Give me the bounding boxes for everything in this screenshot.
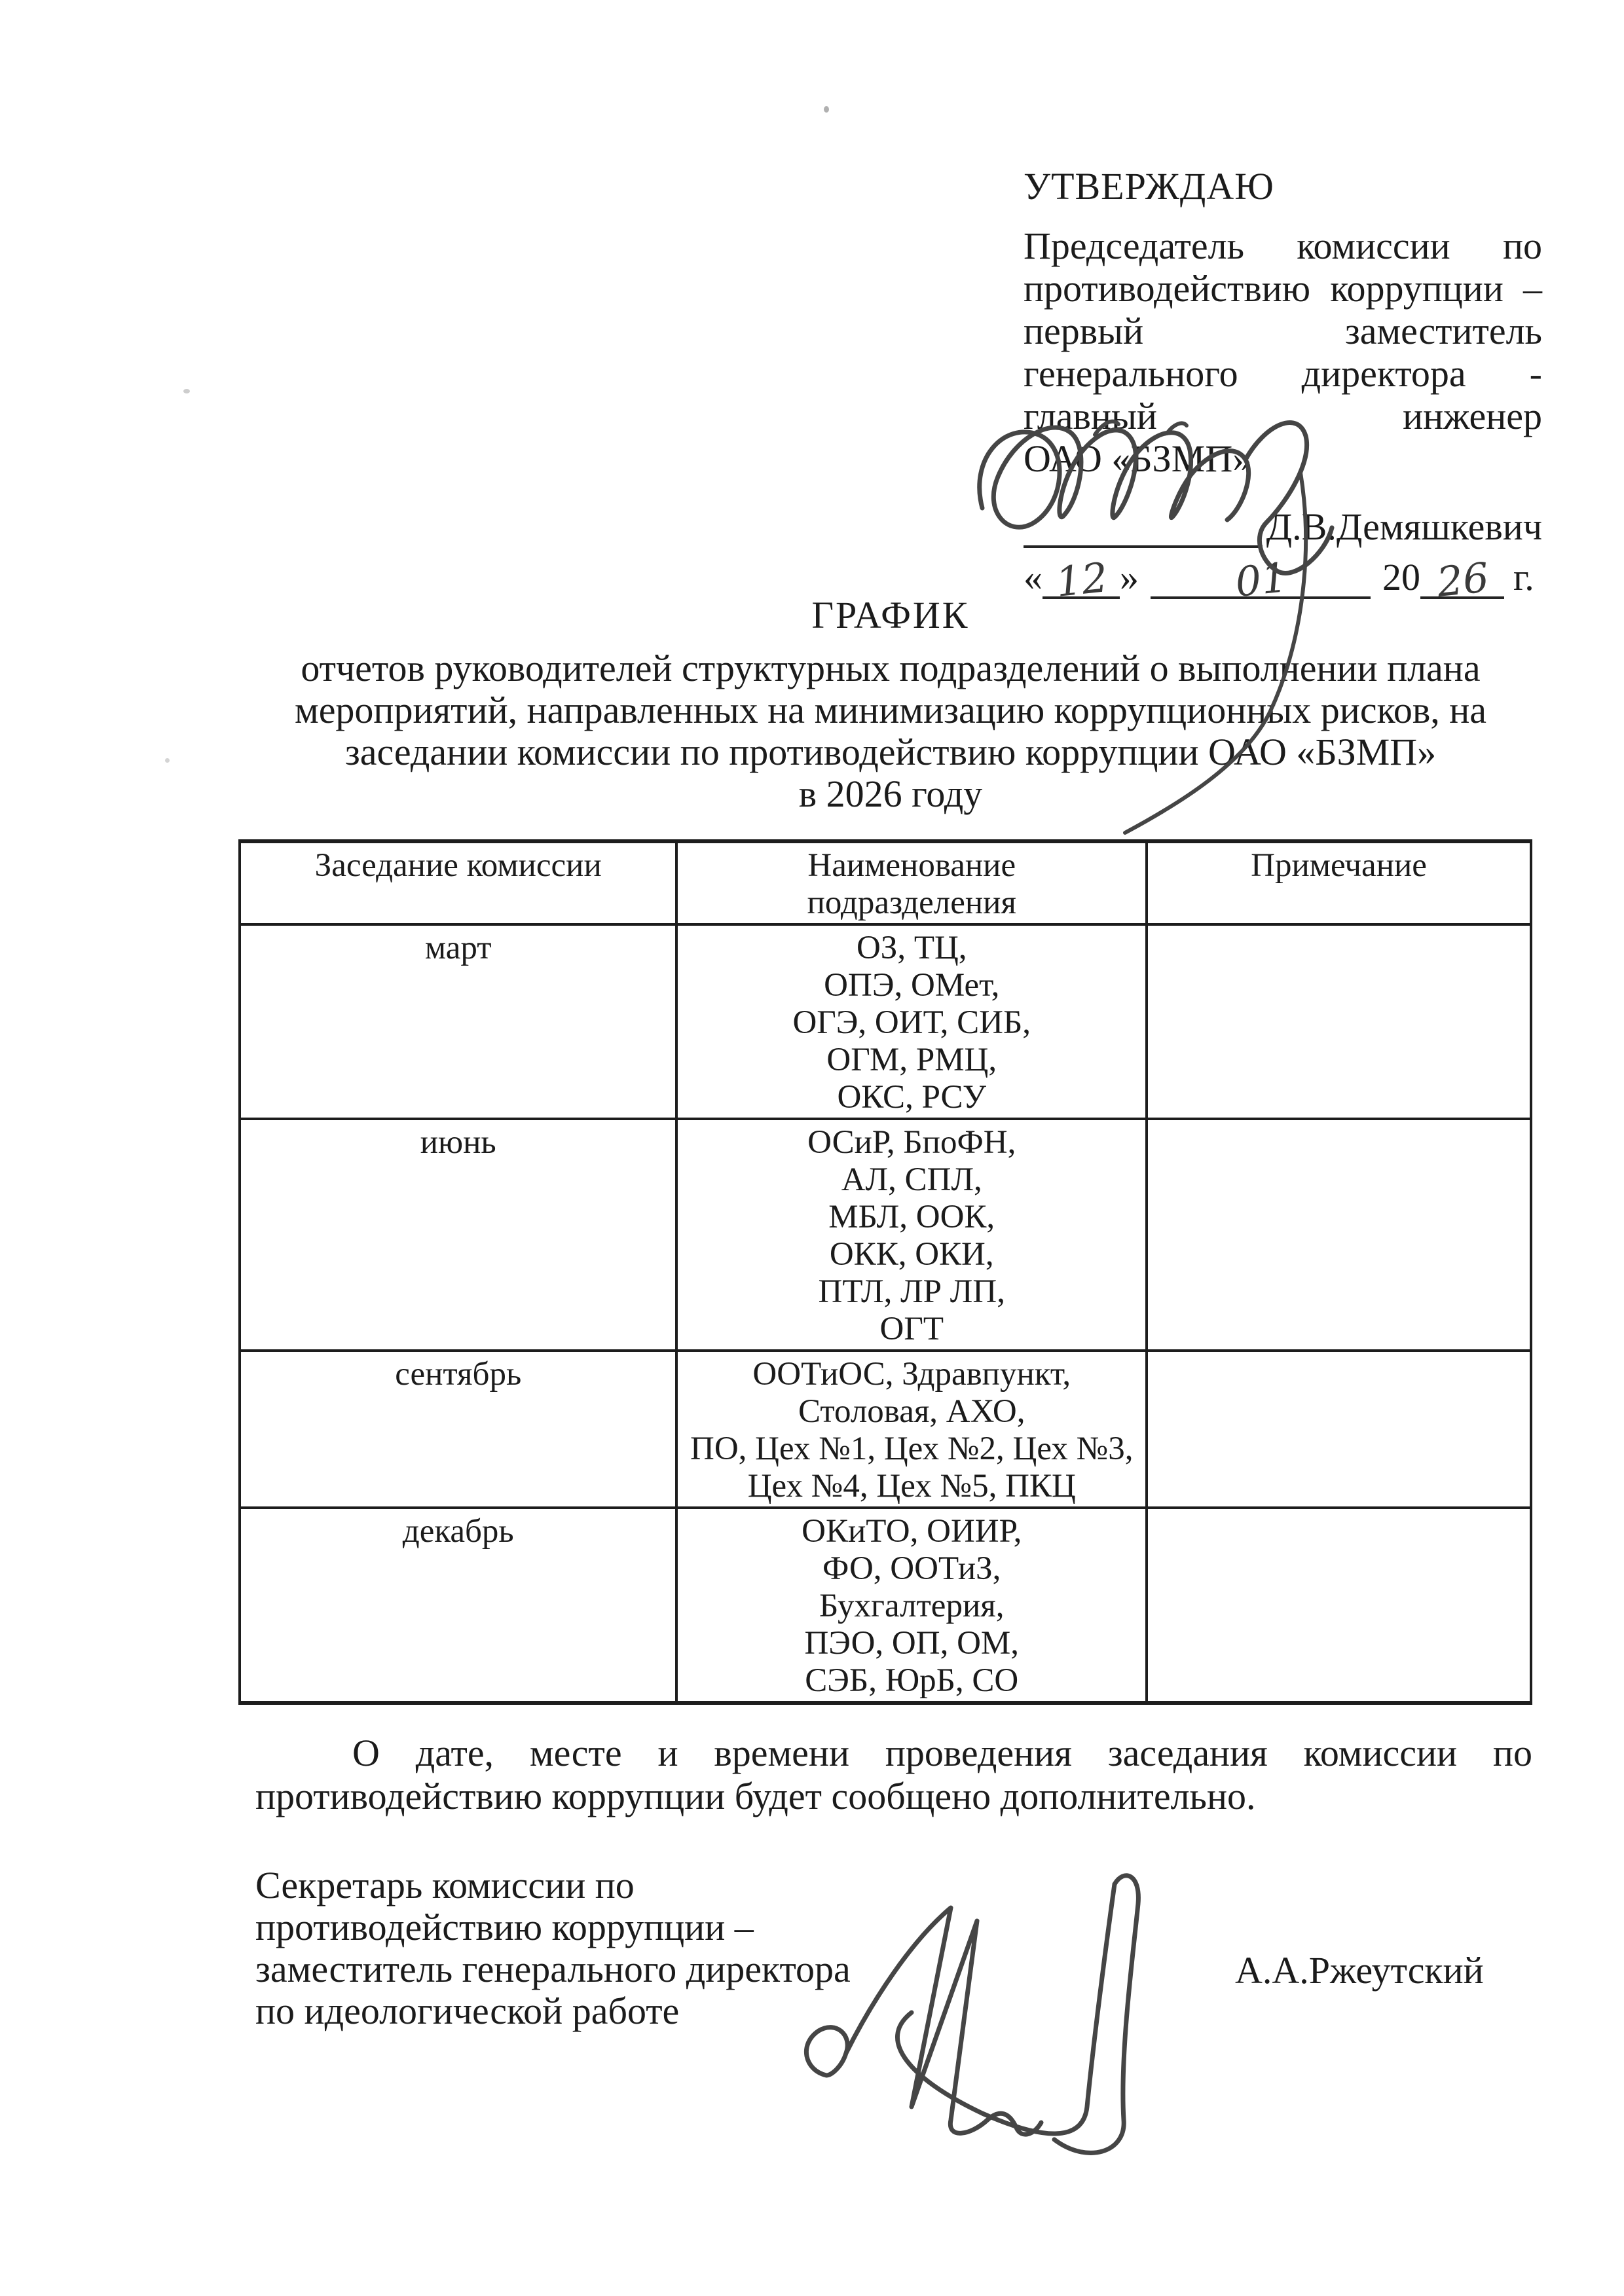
word: комиссии [1297, 225, 1450, 267]
word: комиссии [1304, 1732, 1457, 1775]
word: инженер [1403, 395, 1542, 437]
approval-line: противодействиюкоррупции– [1024, 267, 1542, 310]
word: первый [1024, 310, 1143, 352]
scan-speck [183, 389, 190, 393]
approval-lines: Председателькомиссиипопротиводействиюкор… [1024, 225, 1542, 480]
approval-line: Председателькомиссиипо [1024, 225, 1542, 267]
note-paragraph: Одате,местеивременипроведениязаседанияко… [255, 1732, 1532, 1818]
director-signature-row: Д.В.Демяшкевич [1024, 492, 1542, 548]
approval-line: ОАО «БЗМП» [1024, 437, 1542, 480]
document-page: { "colors": { "ink": "#1b1b1b", "table_b… [0, 0, 1624, 2296]
secretary-line: заместитель генерального директора [255, 1948, 1048, 1990]
scan-speck [165, 758, 170, 763]
schedule-table-body: мартОЗ, ТЦ, ОПЭ, ОМет, ОГЭ, ОИТ, СИБ, ОГ… [240, 924, 1531, 1703]
approval-line: генеральногодиректора- [1024, 352, 1542, 395]
word: заместитель [1345, 310, 1542, 352]
meeting-cell: июнь [240, 1119, 676, 1351]
word: главный [1024, 395, 1157, 437]
note-line2: противодействию коррупции будет сообщено… [255, 1775, 1532, 1818]
note-cell [1147, 1351, 1531, 1508]
note-cell [1147, 924, 1531, 1119]
note-cell [1147, 1508, 1531, 1703]
scan-speck [824, 106, 829, 113]
date-century: 20 [1382, 556, 1420, 598]
word: противодействию [1024, 267, 1310, 310]
table-row: июньОСиР, БпоФН, АЛ, СПЛ, МБЛ, ООК, ОКК,… [240, 1119, 1531, 1351]
approval-line: главныйинженер [1024, 395, 1542, 437]
departments-cell: ОЗ, ТЦ, ОПЭ, ОМет, ОГЭ, ОИТ, СИБ, ОГМ, Р… [676, 924, 1147, 1119]
approval-heading: УТВЕРЖДАЮ [1024, 165, 1542, 208]
document-subtitle: отчетов руководителей структурных подраз… [242, 647, 1539, 815]
word: и [657, 1732, 678, 1775]
secretary-line: по идеологической работе [255, 1990, 1048, 2032]
word: по [1493, 1732, 1532, 1775]
secretary-name: А.А.Ржеутский [1235, 1948, 1484, 1992]
departments-cell: ООТиОС, Здравпункт, Столовая, АХО, ПО, Ц… [676, 1351, 1147, 1508]
secretary-block: Секретарь комиссии по противодействию ко… [255, 1865, 1048, 2032]
note-line1-container: Одате,местеивременипроведениязаседанияко… [255, 1732, 1532, 1775]
table-row: декабрьОКиТО, ОИИР, ФО, ООТиЗ, Бухгалтер… [240, 1508, 1531, 1703]
secretary-line: противодействию коррупции – [255, 1906, 1048, 1948]
departments-cell: ОСиР, БпоФН, АЛ, СПЛ, МБЛ, ООК, ОКК, ОКИ… [676, 1119, 1147, 1351]
word: Председатель [1024, 225, 1244, 267]
word: директора [1302, 352, 1466, 395]
word: проведения [885, 1732, 1072, 1775]
table-row: сентябрьООТиОС, Здравпункт, Столовая, АХ… [240, 1351, 1531, 1508]
document-title: ГРАФИК [242, 593, 1539, 637]
header-meeting: Заседание комиссии [240, 841, 676, 924]
word: дате, [416, 1732, 494, 1775]
meeting-cell: декабрь [240, 1508, 676, 1703]
word: заседания [1108, 1732, 1268, 1775]
signature-line [1024, 505, 1263, 548]
departments-cell: ОКиТО, ОИИР, ФО, ООТиЗ, Бухгалтерия, ПЭО… [676, 1508, 1147, 1703]
word: генерального [1024, 352, 1238, 395]
word: коррупции [1330, 267, 1504, 310]
word: О [352, 1732, 380, 1775]
approval-block: УТВЕРЖДАЮ Председателькомиссиипопротивод… [1024, 165, 1542, 606]
director-name: Д.В.Демяшкевич [1266, 505, 1542, 548]
title-block: ГРАФИК отчетов руководителей структурных… [242, 593, 1539, 815]
word: – [1523, 267, 1542, 310]
meeting-cell: сентябрь [240, 1351, 676, 1508]
word: месте [530, 1732, 622, 1775]
open-quote: « [1024, 556, 1043, 598]
header-note: Примечание [1147, 841, 1531, 924]
secretary-line: Секретарь комиссии по [255, 1865, 1048, 1906]
header-department: Наименование подразделения [676, 841, 1147, 924]
meeting-cell: март [240, 924, 676, 1119]
table-row: мартОЗ, ТЦ, ОПЭ, ОМет, ОГЭ, ОИТ, СИБ, ОГ… [240, 924, 1531, 1119]
word: ОАО «БЗМП» [1024, 437, 1251, 480]
close-quote: » [1120, 556, 1139, 598]
word: - [1530, 352, 1542, 395]
note-line1: Одате,местеивременипроведениязаседанияко… [352, 1732, 1532, 1775]
word: времени [714, 1732, 849, 1775]
schedule-table: Заседание комиссии Наименование подразде… [238, 839, 1532, 1705]
date-era: г. [1513, 556, 1534, 598]
word: по [1503, 225, 1542, 267]
note-cell [1147, 1119, 1531, 1351]
table-header-row: Заседание комиссии Наименование подразде… [240, 841, 1531, 924]
approval-line: первыйзаместитель [1024, 310, 1542, 352]
